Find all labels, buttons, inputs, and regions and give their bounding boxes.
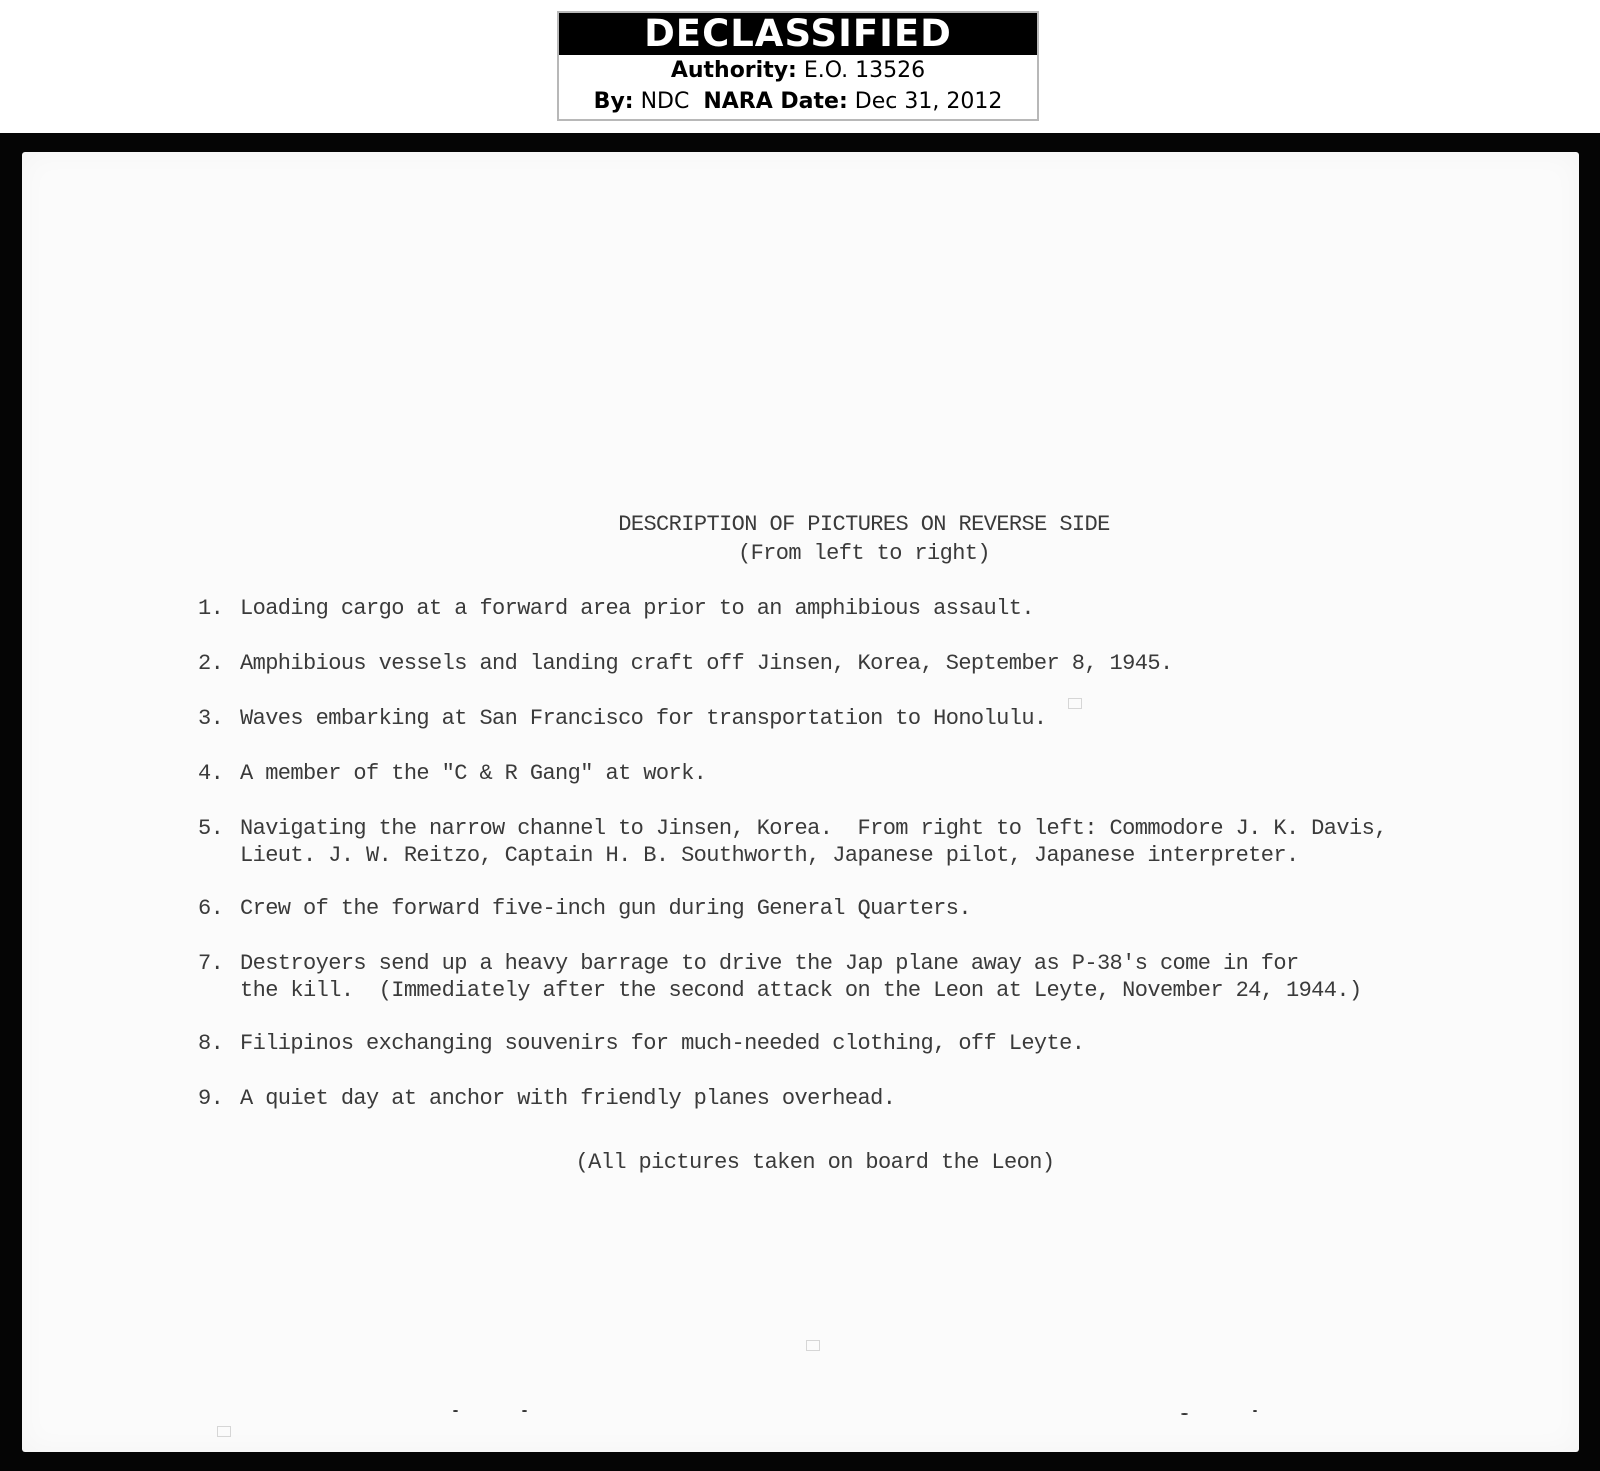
item-text: Amphibious vessels and landing craft off… [240, 651, 1173, 676]
scan-speck [453, 1410, 458, 1412]
item-text: A member of the "C & R Gang" at work. [240, 761, 706, 786]
item-text: Loading cargo at a forward area prior to… [240, 596, 1034, 621]
declassified-stamp: DECLASSIFIED Authority: E.O. 13526 By: N… [557, 11, 1039, 121]
stamp-by-label: By: [594, 89, 634, 114]
item-text: A quiet day at anchor with friendly plan… [240, 1086, 895, 1111]
document-subtitle: (From left to right) [0, 541, 1600, 566]
item-number: 1. [198, 596, 240, 621]
list-item: 3.Waves embarking at San Francisco for t… [198, 706, 1047, 733]
list-item: 9.A quiet day at anchor with friendly pl… [198, 1086, 895, 1113]
scan-mark [806, 1340, 820, 1351]
item-number: 6. [198, 896, 240, 921]
stamp-date-value: Dec 31, 2012 [855, 89, 1003, 114]
document-page [22, 152, 1579, 1452]
stamp-heading: DECLASSIFIED [559, 13, 1037, 55]
item-text: Destroyers send up a heavy barrage to dr… [240, 951, 1299, 976]
list-item: 6.Crew of the forward five-inch gun duri… [198, 896, 971, 923]
list-item: 2.Amphibious vessels and landing craft o… [198, 651, 1173, 678]
stamp-by-value: NDC [641, 89, 690, 114]
item-number: 5. [198, 816, 240, 841]
stamp-date-label: NARA Date: [703, 89, 847, 114]
item-number: 9. [198, 1086, 240, 1111]
item-text: Crew of the forward five-inch gun during… [240, 896, 971, 921]
list-item: 1.Loading cargo at a forward area prior … [198, 596, 1034, 623]
list-item: 8.Filipinos exchanging souvenirs for muc… [198, 1031, 1084, 1058]
item-text: the kill. (Immediately after the second … [240, 978, 1362, 1003]
stamp-authority-label: Authority: [671, 58, 797, 83]
item-text: Lieut. J. W. Reitzo, Captain H. B. South… [240, 843, 1299, 868]
stamp-authority-line: Authority: E.O. 13526 [559, 55, 1037, 86]
item-number: 4. [198, 761, 240, 786]
scan-speck [1253, 1410, 1257, 1412]
footer-note: (All pictures taken on board the Leon) [0, 1150, 1600, 1175]
item-text: Waves embarking at San Francisco for tra… [240, 706, 1047, 731]
scan-speck [1181, 1413, 1188, 1415]
item-text: Navigating the narrow channel to Jinsen,… [240, 816, 1387, 841]
stamp-authority-value: E.O. 13526 [804, 58, 925, 83]
list-item: 7.Destroyers send up a heavy barrage to … [198, 951, 1362, 1005]
document-title: DESCRIPTION OF PICTURES ON REVERSE SIDE [0, 512, 1600, 537]
scan-mark [1068, 698, 1082, 709]
item-number: 8. [198, 1031, 240, 1056]
item-number: 7. [198, 951, 240, 976]
scan-speck [522, 1410, 527, 1412]
scan-mark [217, 1426, 231, 1437]
list-item: 5.Navigating the narrow channel to Jinse… [198, 816, 1387, 870]
item-text: Filipinos exchanging souvenirs for much-… [240, 1031, 1084, 1056]
item-number: 2. [198, 651, 240, 676]
list-item: 4.A member of the "C & R Gang" at work. [198, 761, 706, 788]
item-number: 3. [198, 706, 240, 731]
stamp-by-line: By: NDC NARA Date: Dec 31, 2012 [559, 86, 1037, 117]
